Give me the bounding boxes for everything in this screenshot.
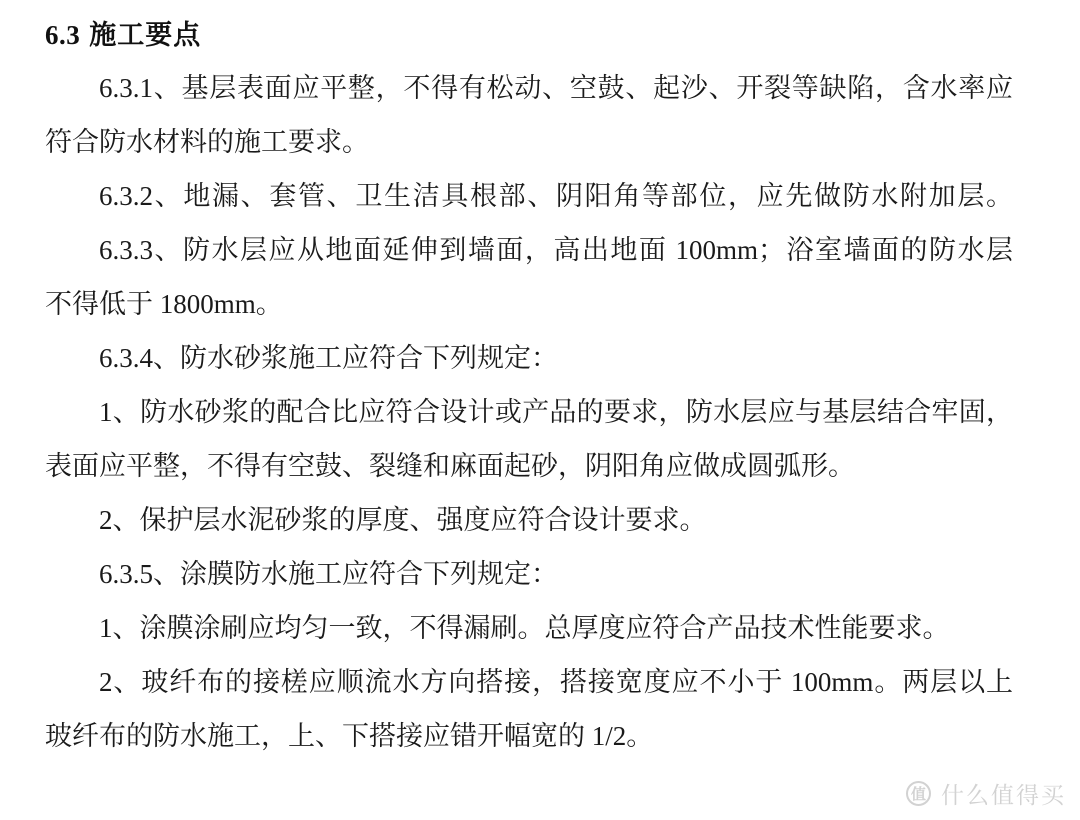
text-line: 2、保护层水泥砂浆的厚度、强度应符合设计要求。 [45,493,1013,547]
text-line: 6.3.3、防水层应从地面延伸到墙面，高出地面 100mm；浴室墙面的防水层 [45,223,1013,277]
watermark-label: 什么值得买 [941,777,1066,810]
text-line: 1、涂膜涂刷应均匀一致，不得漏刷。总厚度应符合产品技术性能要求。 [45,601,1013,655]
paragraph-6-3-2: 6.3.2、地漏、套管、卫生洁具根部、阴阳角等部位，应先做防水附加层。 [45,169,1013,223]
section-heading: 6.3施工要点 [45,14,201,56]
paragraph-6-3-3: 6.3.3、防水层应从地面延伸到墙面，高出地面 100mm；浴室墙面的防水层 不… [45,223,1013,331]
text-line: 6.3.4、防水砂浆施工应符合下列规定： [45,331,1013,385]
paragraph-6-3-1: 6.3.1、基层表面应平整，不得有松动、空鼓、起沙、开裂等缺陷，含水率应 符合防… [45,61,1013,169]
text-line: 玻纤布的防水施工，上、下搭接应错开幅宽的 1/2。 [45,709,1013,763]
text-line: 符合防水材料的施工要求。 [45,115,1013,169]
text-line: 表面应平整，不得有空鼓、裂缝和麻面起砂，阴阳角应做成圆弧形。 [45,439,1013,493]
section-number: 6.3 [45,20,80,50]
paragraph-6-3-4: 6.3.4、防水砂浆施工应符合下列规定： [45,331,1013,385]
paragraph-6-3-5: 6.3.5、涂膜防水施工应符合下列规定： [45,547,1013,601]
paragraph-6-3-4-item-2: 2、保护层水泥砂浆的厚度、强度应符合设计要求。 [45,493,1013,547]
text-line: 6.3.5、涂膜防水施工应符合下列规定： [45,547,1013,601]
text-line: 6.3.2、地漏、套管、卫生洁具根部、阴阳角等部位，应先做防水附加层。 [45,169,1013,223]
text-line: 1、防水砂浆的配合比应符合设计或产品的要求，防水层应与基层结合牢固， [45,385,1013,439]
paragraph-6-3-5-item-2: 2、玻纤布的接槎应顺流水方向搭接，搭接宽度应不小于 100mm。两层以上 玻纤布… [45,655,1013,763]
document-body: 6.3.1、基层表面应平整，不得有松动、空鼓、起沙、开裂等缺陷，含水率应 符合防… [45,61,1013,763]
section-title: 施工要点 [89,20,201,50]
smzdm-logo-icon: 值 [906,781,931,806]
text-line: 不得低于 1800mm。 [45,277,1013,331]
document-page: 6.3施工要点 6.3.1、基层表面应平整，不得有松动、空鼓、起沙、开裂等缺陷，… [0,0,1080,820]
smzdm-watermark: 值 什么值得买 [906,777,1066,810]
paragraph-6-3-5-item-1: 1、涂膜涂刷应均匀一致，不得漏刷。总厚度应符合产品技术性能要求。 [45,601,1013,655]
text-line: 2、玻纤布的接槎应顺流水方向搭接，搭接宽度应不小于 100mm。两层以上 [45,655,1013,709]
paragraph-6-3-4-item-1: 1、防水砂浆的配合比应符合设计或产品的要求，防水层应与基层结合牢固， 表面应平整… [45,385,1013,493]
text-line: 6.3.1、基层表面应平整，不得有松动、空鼓、起沙、开裂等缺陷，含水率应 [45,61,1013,115]
